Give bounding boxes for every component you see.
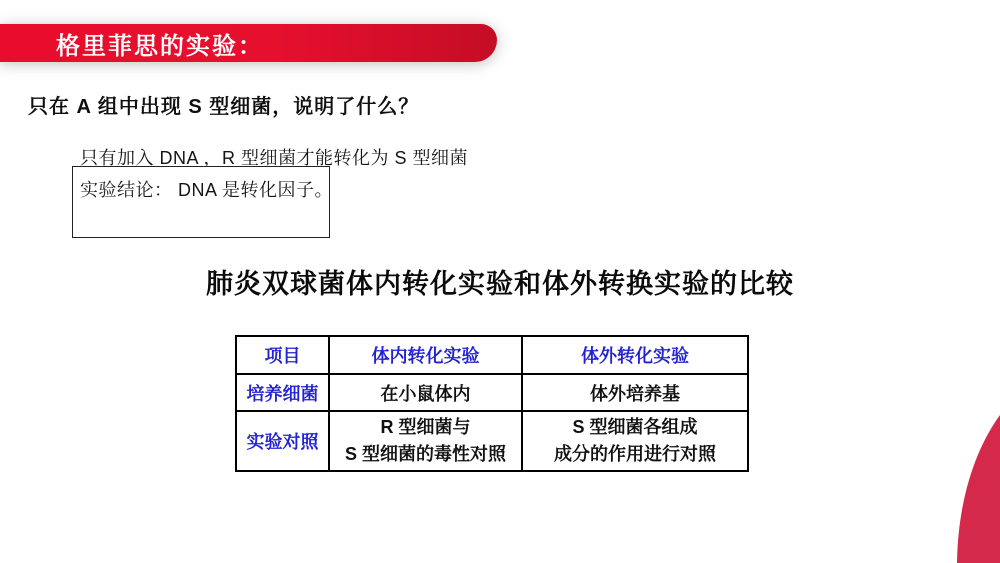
corner-curve-decoration <box>940 403 1000 563</box>
conclusion-text: 实验结论： DNA 是转化因子。 <box>73 167 329 202</box>
row-label-control: 实验对照 <box>236 411 329 471</box>
cell-culture-in-vitro: 体外培养基 <box>522 374 748 411</box>
slide-title: 格里菲思的实验： <box>0 26 264 61</box>
table-header-in-vivo: 体内转化实验 <box>329 336 522 374</box>
comparison-table: 项目 体内转化实验 体外转化实验 培养细菌 在小鼠体内 体外培养基 实验对照 R… <box>235 335 749 472</box>
table-header-row: 项目 体内转化实验 体外转化实验 <box>236 336 748 374</box>
conclusion-box: 实验结论： DNA 是转化因子。 <box>72 166 330 238</box>
cell-control-in-vivo: R 型细菌与 S 型细菌的毒性对照 <box>329 411 522 471</box>
table-title: 肺炎双球菌体内转化实验和体外转换实验的比较 <box>0 262 1000 301</box>
cell-culture-in-vivo: 在小鼠体内 <box>329 374 522 411</box>
table-row: 实验对照 R 型细菌与 S 型细菌的毒性对照 S 型细菌各组成 成分的作用进行对… <box>236 411 748 471</box>
question-text: 只在 A 组中出现 S 型细菌，说明了什么？ <box>28 90 419 119</box>
slide: 格里菲思的实验： 只在 A 组中出现 S 型细菌，说明了什么？ 只有加入 DNA… <box>0 0 1000 563</box>
table-row: 培养细菌 在小鼠体内 体外培养基 <box>236 374 748 411</box>
row-label-culture: 培养细菌 <box>236 374 329 411</box>
title-banner: 格里菲思的实验： <box>0 24 497 62</box>
table-header-item: 项目 <box>236 336 329 374</box>
table-header-in-vitro: 体外转化实验 <box>522 336 748 374</box>
cell-control-in-vitro: S 型细菌各组成 成分的作用进行对照 <box>522 411 748 471</box>
